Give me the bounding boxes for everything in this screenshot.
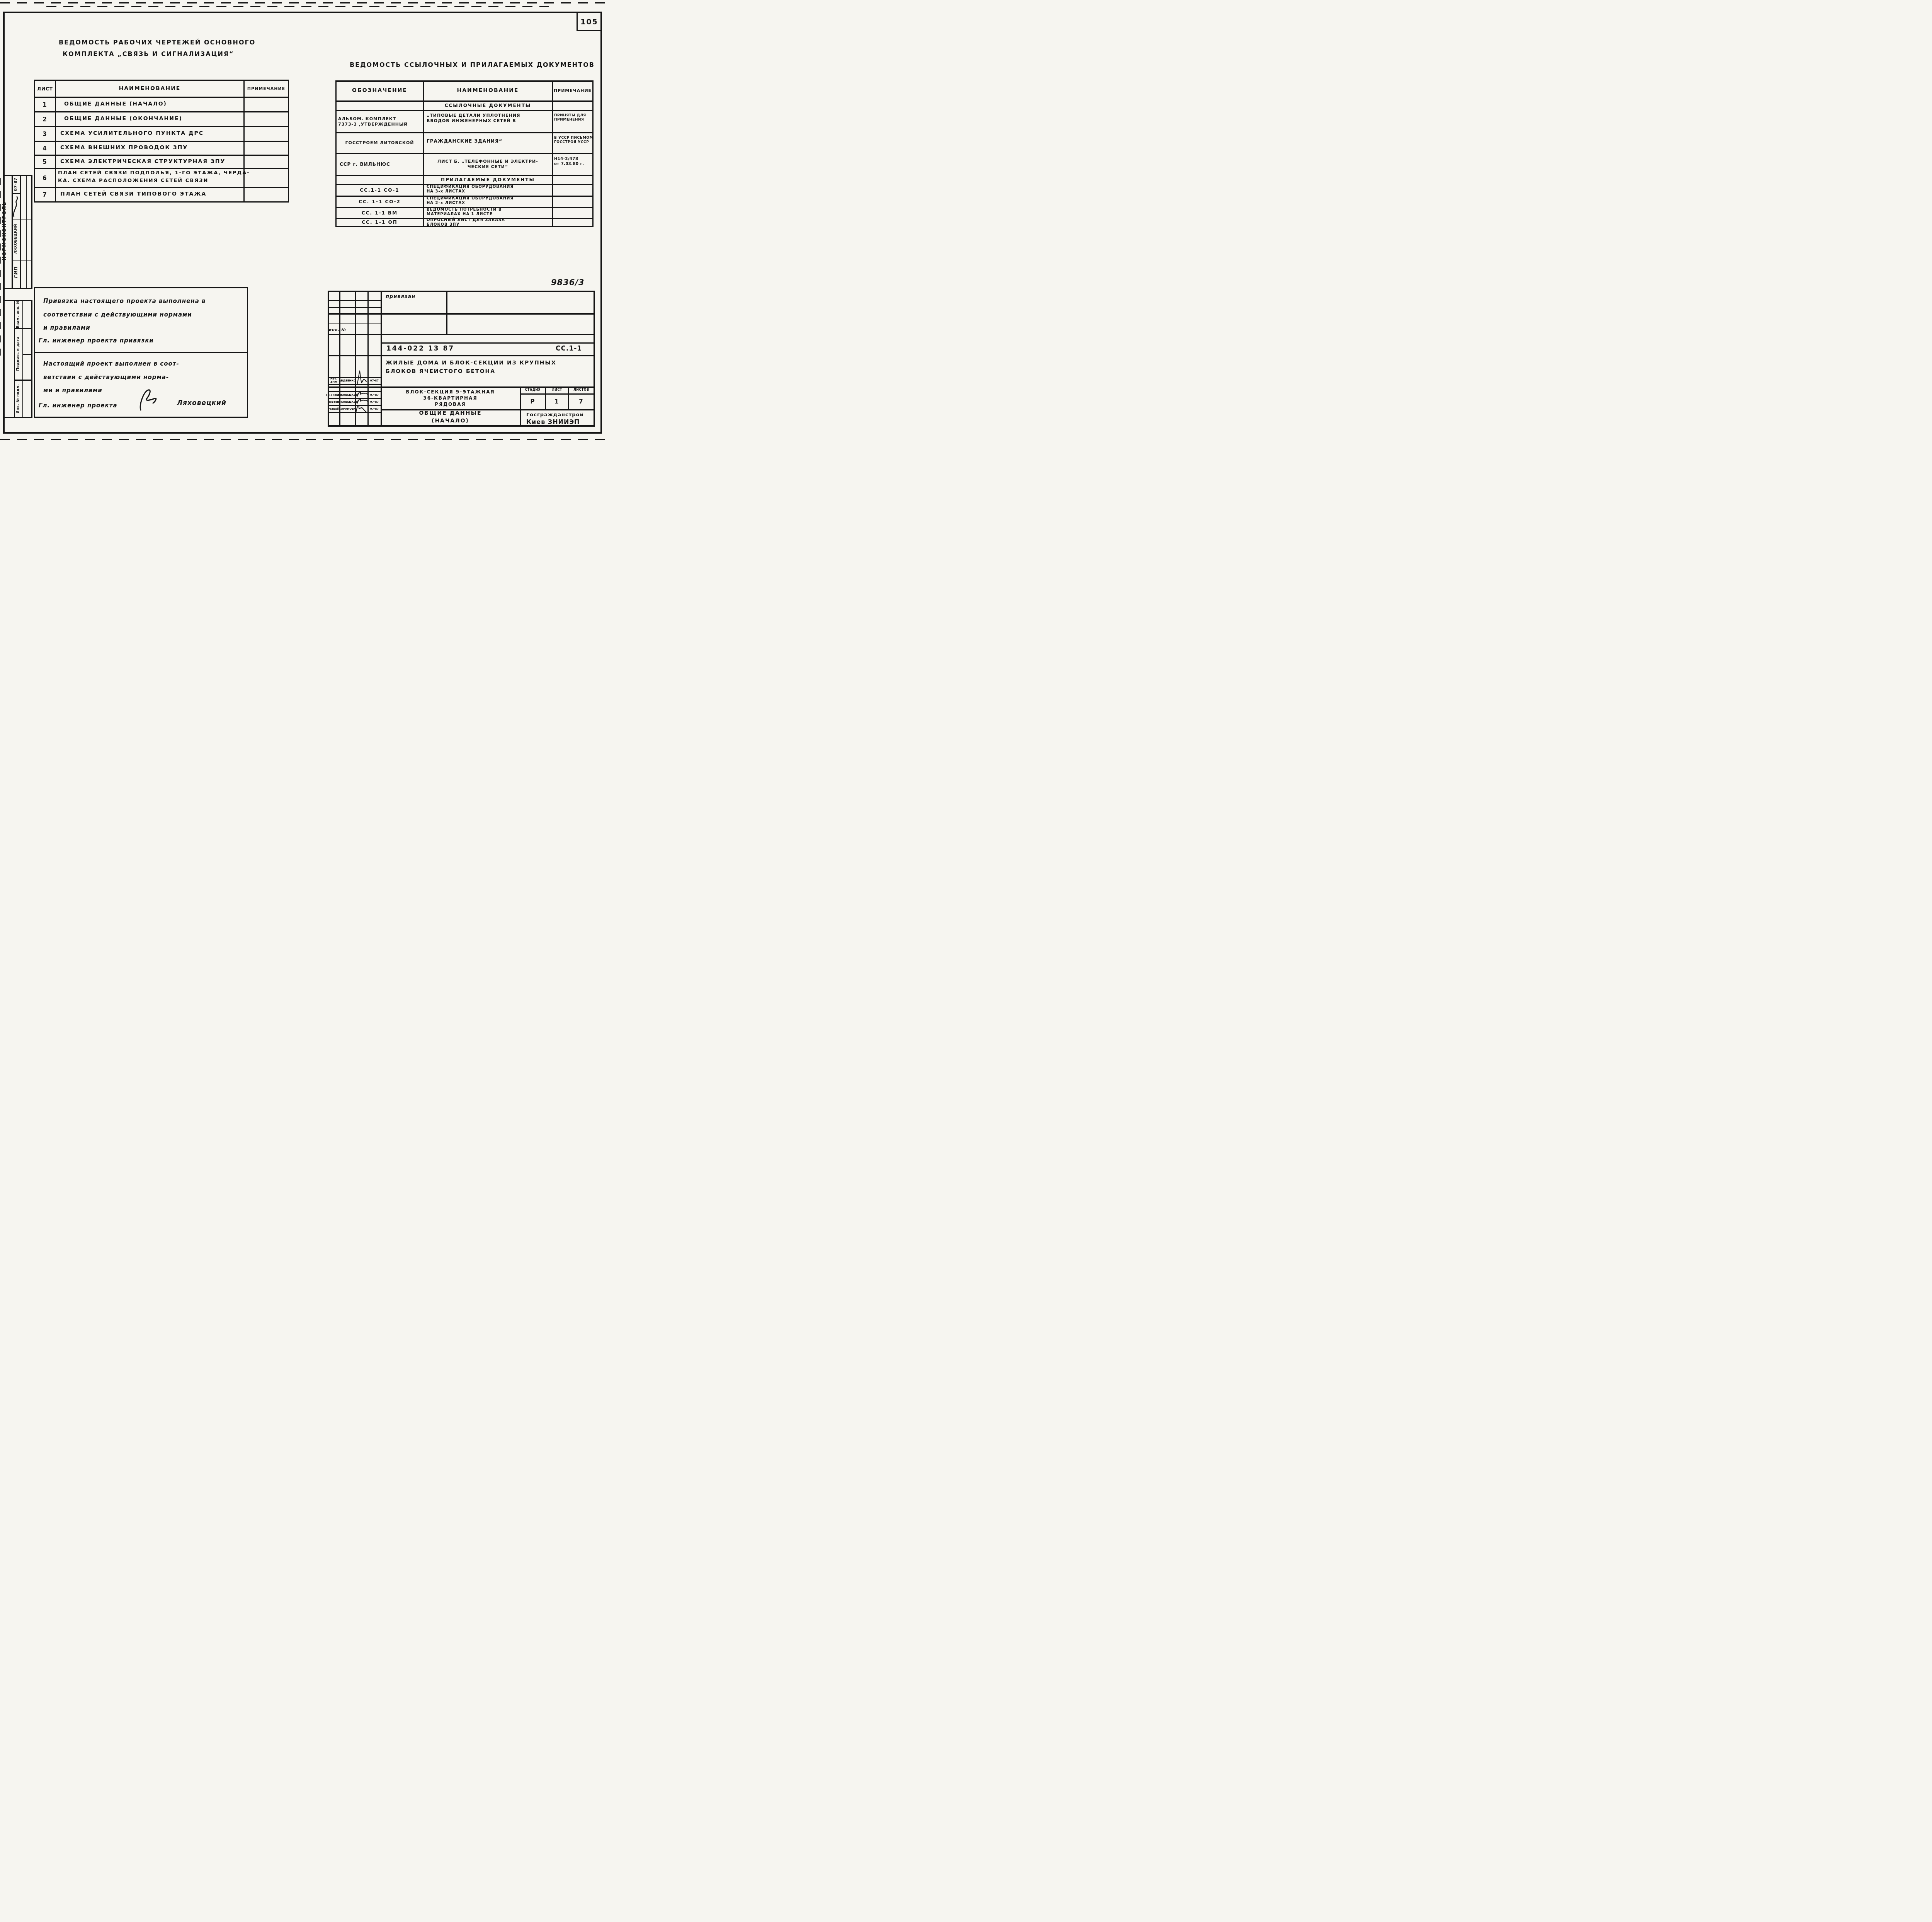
tb-sheets-value: 7 (569, 395, 594, 409)
wct-row-num: 3 (35, 128, 55, 141)
tb-sheets-header: ЛИСТОВ (569, 387, 594, 393)
wct-header-name: НАИМЕНОВАНИЕ (56, 81, 243, 97)
notes-border (34, 287, 248, 288)
notes-divider (34, 352, 248, 353)
wct-row-name: СХЕМА ВНЕШНИХ ПРОВОДОК ЗПУ (60, 145, 188, 152)
att-row-name: ОПРОСНЫЙ ЛИСТ ДЛЯ ЗАКАЗА БЛОКОВ ЗПУ (427, 218, 505, 227)
att-row-name: СПЕЦИФИКАЦИЯ ОБОРУДОВАНИЯ НА 2-х ЛИСТАХ (427, 196, 514, 206)
ref-row-code: ССР г. ВИЛЬНЮС (337, 154, 426, 174)
tb-series-title: ЖИЛЫЕ ДОМА И БЛОК-СЕКЦИИ ИЗ КРУПНЫХ БЛОК… (386, 359, 556, 376)
wct-row (34, 141, 289, 142)
margin-podpis-label: Подпись и дата (15, 331, 22, 376)
tb-rule (328, 355, 595, 356)
att-row-code: СС.1-1 СО-1 (337, 185, 423, 196)
scan-edge-bottom (0, 439, 606, 440)
tb-stage-value: Р (521, 395, 545, 409)
wct-row-num: 4 (35, 142, 55, 155)
tb-sig-role: Разраб. (328, 406, 339, 412)
tb-sheet-header: ЛИСТ (546, 387, 568, 393)
ref-row-note: ПРИНЯТЫ ДЛЯ ПРИМЕНЕНИЯ (554, 114, 586, 123)
ref-section: ССЫЛОЧНЫЕ ДОКУМЕНТЫ (424, 101, 552, 110)
wct-row (34, 97, 289, 98)
margin-row (22, 354, 32, 355)
ref-table-title: ВЕДОМОСТЬ ССЫЛОЧНЫХ И ПРИЛАГАЕМЫХ ДОКУМЕ… (350, 61, 595, 69)
scan-edge-top (0, 2, 606, 3)
wct-row-name: ОБЩИЕ ДАННЫЕ (ОКОНЧАНИЕ) (64, 116, 182, 123)
margin-row (12, 220, 32, 220)
margin-border (3, 288, 32, 289)
ref-row-code: ГОССТРОЕМ ЛИТОВСКОЙ (337, 133, 423, 153)
tb-sig-date: 07-87 (368, 406, 381, 412)
margin-normokontrol-label: НОРМОКОНТРОЛЬ (0, 180, 9, 281)
wct-border (34, 80, 289, 81)
tb-sig-date: 07-87 (368, 378, 381, 384)
margin-col (20, 175, 21, 289)
note-project-signer: Гл. инженер проекта (39, 402, 117, 410)
notes-border (34, 417, 248, 418)
tb-sig-name: ЛЯХОВЕЦКИЙ (340, 399, 355, 405)
frame-top (3, 12, 602, 13)
wct-row (34, 155, 289, 156)
wct-row-name: ПЛАН СЕТЕЙ СВЯЗИ ТИПОВОГО ЭТАЖА (60, 191, 206, 198)
wct-row-num: 5 (35, 156, 55, 168)
tb-sig-date: 07-87 (368, 399, 381, 405)
wct-row-num: 1 (35, 98, 55, 111)
margin-border (31, 175, 32, 289)
wct-row-num: 2 (35, 113, 55, 126)
wct-row (34, 187, 289, 188)
tb-grid-row (328, 323, 382, 323)
tb-sig-name: БАРАНОВА (340, 406, 355, 412)
tb-rule (328, 334, 595, 335)
signature-normokontrol (12, 195, 20, 218)
note-binding-signer: Гл. инженер проекта привязки (39, 337, 154, 345)
ref-section: ПРИЛАГАЕМЫЕ ДОКУМЕНТЫ (424, 175, 552, 184)
ref-row-name: ЛИСТ Б. „ТЕЛЕФОННЫЕ И ЭЛЕКТРИ- ЧЕСКИЕ СЕ… (424, 154, 552, 174)
tb-sheet-value: 1 (546, 395, 568, 409)
signature-avdeenko (356, 370, 367, 384)
wct-row (34, 111, 289, 112)
att-row-name: СПЕЦИФИКАЦИЯ ОБОРУДОВАНИЯ НА 3-х ЛИСТАХ (427, 185, 514, 194)
margin-vzam-label: Взам. инв. № (15, 298, 22, 330)
wct-row-name: ПЛАН СЕТЕЙ СВЯЗИ ПОДПОЛЬЯ, 1-ГО ЭТАЖА, Ч… (58, 169, 250, 185)
ref-row-name: „ТИПОВЫЕ ДЕТАЛИ УПЛОТНЕНИЯ ВВОДОВ ИНЖЕНЕ… (427, 113, 520, 124)
tb-border (594, 291, 595, 427)
tb-sheet-title: ОБЩИЕ ДАННЫЕ (НАЧАЛО) (382, 410, 519, 425)
wct-row (34, 126, 289, 127)
ref-row-name: ГРАЖДАНСКИЕ ЗДАНИЯ“ (427, 138, 502, 144)
tb-rule (328, 313, 595, 315)
margin-gip-label: ГИП (12, 260, 20, 284)
page-number: 105 (577, 15, 601, 30)
ref-row-code: АЛЬБОМ. КОМПЛЕКТ 7373-3 ,УТВЕРЖДЕННЫЙ (337, 111, 424, 132)
margin-col (22, 300, 23, 418)
margin-row (12, 193, 21, 194)
tb-grid-row (328, 300, 382, 301)
wct-border (34, 201, 289, 203)
pagebox-bottom (577, 30, 602, 31)
tb-stamp-divider (446, 291, 447, 334)
wct-row-name: СХЕМА ЭЛЕКТРИЧЕСКАЯ СТРУКТУРНАЯ ЗПУ (60, 158, 225, 165)
ref-row-note: Н14-2/478 от 7.03.80 г. (554, 157, 584, 167)
att-row-code: СС. 1-1 СО-2 (337, 197, 423, 207)
wct-row-name: ОБЩИЕ ДАННЫЕ (НАЧАЛО) (64, 101, 167, 108)
note-project-signer-name: Ляховецкий (177, 399, 226, 407)
tb-stamp-note: привязан (386, 294, 415, 300)
ref-row-note: В УССР ПИСЬМОМ ГОССТРОЯ УССР (554, 136, 593, 145)
tb-stage-header: СТАДИЯ (521, 387, 545, 393)
tb-rule (381, 342, 595, 344)
margin-normokontrol-date: 07-87 (13, 175, 20, 193)
ref-header-name: НАИМЕНОВАНИЕ (424, 82, 552, 100)
frame-right (600, 12, 602, 434)
tb-sig-role: Нач. АПМ (328, 378, 339, 384)
wct-title-line1: ВЕДОМОСТЬ РАБОЧИХ ЧЕРТЕЖЕЙ ОСНОВНОГО (59, 39, 255, 46)
margin-border (31, 300, 32, 418)
tb-org-bottom: Киев ЗНИИЭП (526, 418, 580, 426)
margin-normokontrol-name: ЛЯХОВЕЦКИЙ (12, 221, 20, 257)
att-row-name: ВЕДОМОСТЬ ПОТРЕБНОСТИ В МАТЕРИАЛАХ НА 1 … (427, 208, 502, 217)
margin-col (26, 175, 27, 289)
tb-sig-name: ЛЯХОВЕЦКИЙ (340, 392, 355, 398)
wct-row-num: 6 (35, 169, 55, 187)
drawing-sheet: 105 ВЕДОМОСТЬ РАБОЧИХ ЧЕРТЕЖЕЙ ОСНОВНОГО… (0, 0, 606, 444)
wct-header-note: ПРИМЕЧАНИЕ (245, 81, 288, 97)
frame-bottom (3, 432, 602, 434)
ref-header-code: ОБОЗНАЧЕНИЕ (337, 82, 423, 100)
wct-title-line2: КОМПЛЕКТА „СВЯЗЬ И СИГНАЛИЗАЦИЯ“ (63, 50, 234, 58)
wct-row-num: 7 (35, 189, 55, 201)
tb-org-top: Госгражданстрой (526, 412, 584, 418)
wct-row (34, 168, 289, 169)
tb-object-title: БЛОК-СЕКЦИЯ 9-ЭТАЖНАЯ 36-КВАРТИРНАЯ РЯДО… (382, 387, 519, 409)
tb-sheet-code: СС.1-1 (556, 345, 582, 353)
note-binding-text: Привязка настоящего проекта выполнена в … (43, 295, 236, 335)
tb-sig-date: 07-87 (368, 392, 381, 398)
order-stamp: 9836/3 (551, 277, 585, 288)
att-row-code: СС. 1-1 ВМ (337, 208, 423, 218)
ref-header-note: ПРИМЕЧАНИЕ (553, 82, 592, 100)
signature-chief-engineer (135, 388, 170, 412)
tb-sig-name: АВДЕЕНКО (340, 378, 355, 384)
tb-grid-row (328, 412, 382, 413)
wct-row-name: СХЕМА УСИЛИТЕЛЬНОГО ПУНКТА ДРС (60, 130, 204, 137)
signature-baranova (355, 403, 368, 414)
scan-edge-top-2 (46, 6, 549, 7)
wct-header-sheet: ЛИСТ (35, 81, 55, 97)
tb-grid-row (328, 307, 382, 308)
tb-inv-label: инв. № (329, 328, 347, 333)
tb-doc-code: 144-022 13 87 (386, 345, 454, 353)
margin-inv-podl-label: Инв. № подл. (15, 380, 22, 417)
att-row-code: СС. 1-1 ОП (337, 219, 423, 226)
